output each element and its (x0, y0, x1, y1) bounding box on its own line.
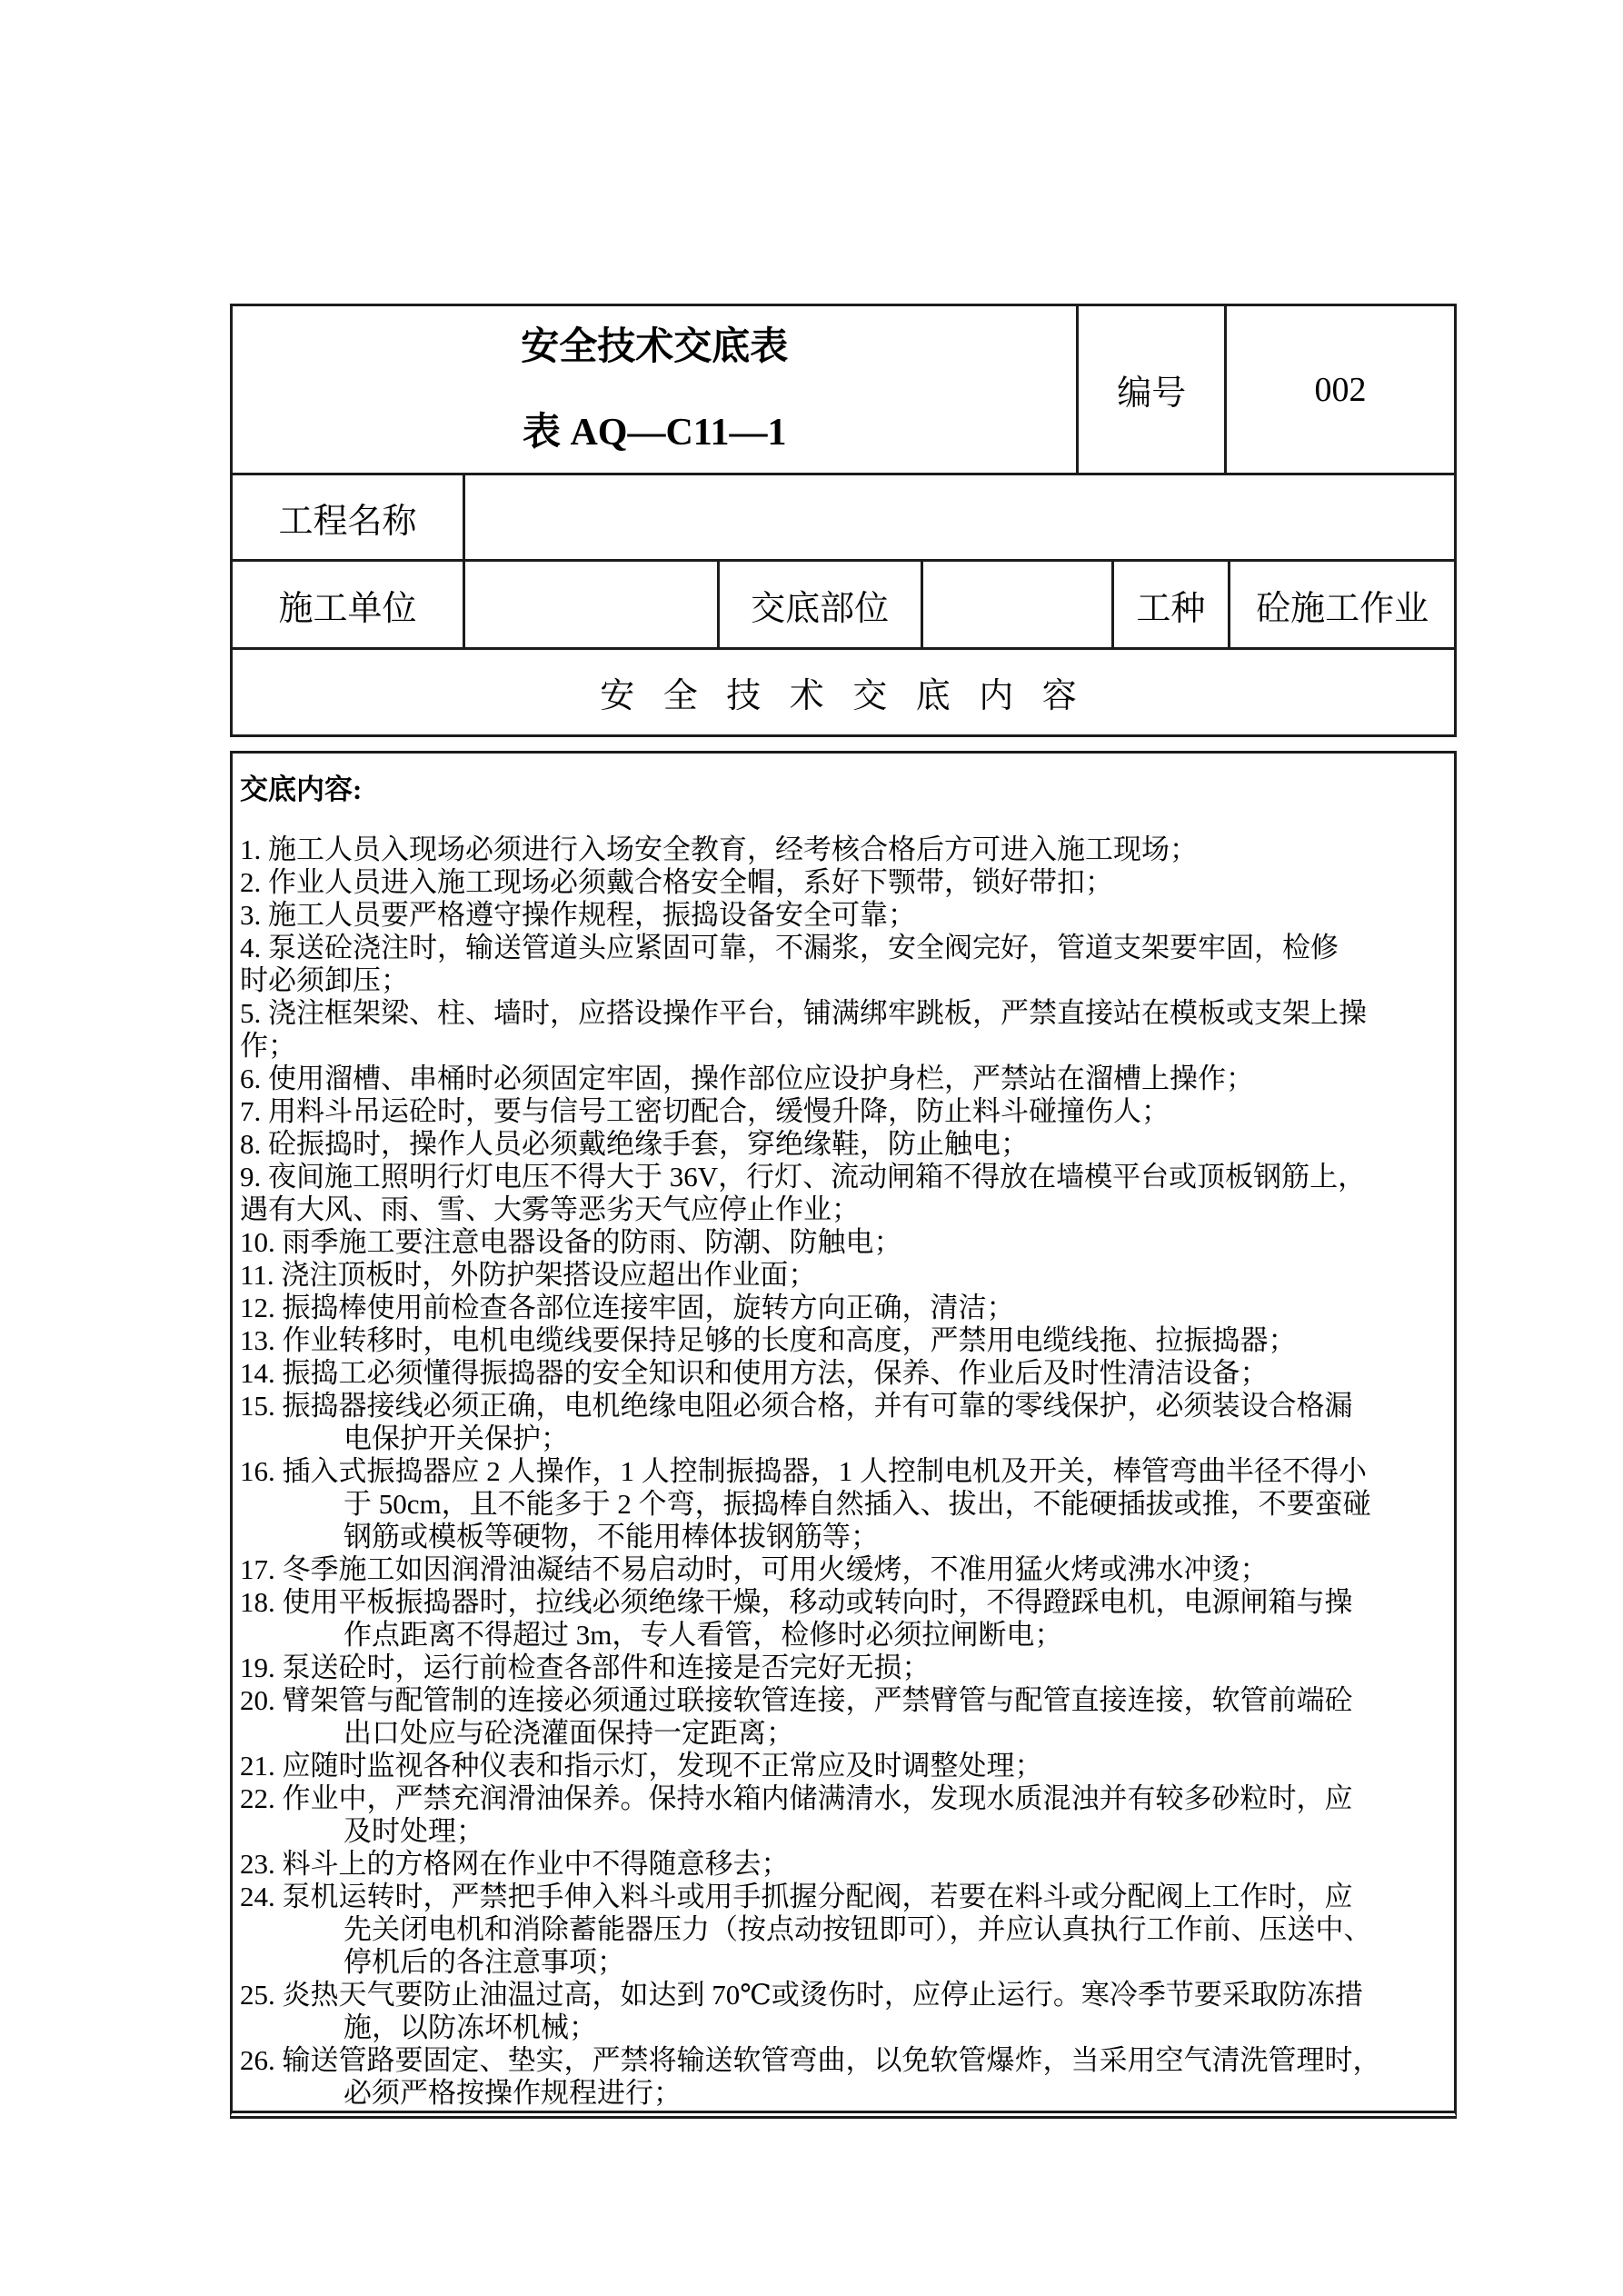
project-name-value (465, 475, 1454, 559)
project-name-row: 工程名称 (233, 475, 1454, 562)
content-line: 施，以防冻坏机械； (240, 2011, 1438, 2044)
content-line: 14. 振捣工必须懂得振捣器的安全知识和使用方法，保养、作业后及时性清洁设备； (240, 1357, 1438, 1390)
content-line: 10. 雨季施工要注意电器设备的防雨、防潮、防触电； (240, 1226, 1438, 1259)
disclosure-content-box: 交底内容: 1. 施工人员入现场必须进行入场安全教育，经考核合格后方可进入施工现… (230, 751, 1457, 2119)
document-page: 安全技术交底表 表 AQ—C11—1 编号 002 工程名称 施工单位 交底部位… (0, 0, 1623, 2296)
content-line: 18. 使用平板振捣器时，拉线必须绝缘干燥，移动或转向时，不得蹬踩电机，电源闸箱… (240, 1586, 1438, 1619)
form-code: 表 AQ—C11—1 (523, 413, 787, 453)
section-title-row: 安 全 技 术 交 底 内 容 (233, 650, 1454, 737)
form-header-table: 安全技术交底表 表 AQ—C11—1 编号 002 工程名称 施工单位 交底部位… (230, 304, 1457, 737)
content-heading: 交底内容: (240, 774, 1438, 806)
content-line: 2. 作业人员进入施工现场必须戴合格安全帽，系好下颚带，锁好带扣； (240, 866, 1438, 899)
form-title: 安全技术交底表 (521, 327, 788, 367)
content-line: 及时处理； (240, 1815, 1438, 1848)
content-line: 7. 用料斗吊运砼时，要与信号工密切配合，缓慢升降，防止料斗碰撞伤人； (240, 1095, 1438, 1128)
content-line: 25. 炎热天气要防止油温过高，如达到 70℃或烫伤时，应停止运行。寒冷季节要采… (240, 1979, 1438, 2011)
content-line: 24. 泵机运转时，严禁把手伸入料斗或用手抓握分配阀，若要在料斗或分配阀上工作时… (240, 1881, 1438, 1913)
content-line: 12. 振捣棒使用前检查各部位连接牢固，旋转方向正确，清洁； (240, 1292, 1438, 1324)
form-title-cell: 安全技术交底表 表 AQ—C11—1 (233, 306, 1079, 473)
content-line: 停机后的各注意事项； (240, 1946, 1438, 1979)
content-line: 11. 浇注顶板时，外防护架搭设应超出作业面； (240, 1259, 1438, 1292)
content-line: 4. 泵送砼浇注时，输送管道头应紧固可靠，不漏浆，安全阀完好，管道支架要牢固，检… (240, 932, 1438, 964)
content-line: 于 50cm，且不能多于 2 个弯，振捣棒自然插入、拔出，不能硬插拔或推，不要蛮… (240, 1488, 1438, 1521)
content-line: 作； (240, 1030, 1438, 1063)
construction-unit-label: 施工单位 (233, 562, 465, 647)
content-line: 钢筋或模板等硬物，不能用棒体拔钢筋等； (240, 1521, 1438, 1553)
content-line: 21. 应随时监视各种仪表和指示灯，发现不正常应及时调整处理； (240, 1750, 1438, 1782)
serial-number-value: 002 (1227, 306, 1454, 473)
section-title: 安 全 技 术 交 底 内 容 (233, 650, 1454, 734)
form-title-row: 安全技术交底表 表 AQ—C11—1 编号 002 (233, 306, 1454, 475)
content-line: 1. 施工人员入现场必须进行入场安全教育，经考核合格后方可进入施工现场； (240, 834, 1438, 866)
content-line: 必须严格按操作规程进行； (240, 2077, 1438, 2110)
content-line: 遇有大风、雨、雪、大雾等恶劣天气应停止作业； (240, 1193, 1438, 1226)
content-line: 6. 使用溜槽、串桶时必须固定牢固，操作部位应设护身栏，严禁站在溜槽上操作； (240, 1063, 1438, 1095)
content-line: 19. 泵送砼时，运行前检查各部件和连接是否完好无损； (240, 1652, 1438, 1684)
content-line: 9. 夜间施工照明行灯电压不得大于 36V，行灯、流动闸箱不得放在墙模平台或顶板… (240, 1161, 1438, 1193)
construction-unit-row: 施工单位 交底部位 工种 砼施工作业 (233, 562, 1454, 650)
content-line: 17. 冬季施工如因润滑油凝结不易启动时，可用火缓烤，不准用猛火烤或沸水冲烫； (240, 1553, 1438, 1586)
content-line: 电保护开关保护； (240, 1423, 1438, 1455)
content-line: 20. 臂架管与配管制的连接必须通过联接软管连接，严禁臂管与配管直接连接，软管前… (240, 1684, 1438, 1717)
serial-number-label: 编号 (1079, 306, 1227, 473)
disclosure-content-list: 1. 施工人员入现场必须进行入场安全教育，经考核合格后方可进入施工现场；2. 作… (240, 834, 1438, 2110)
content-line: 16. 插入式振捣器应 2 人操作，1 人控制振捣器，1 人控制电机及开关，棒管… (240, 1455, 1438, 1488)
content-line: 22. 作业中，严禁充润滑油保养。保持水箱内储满清水，发现水质混浊并有较多砂粒时… (240, 1782, 1438, 1815)
content-line: 作点距离不得超过 3m，专人看管，检修时必须拉闸断电； (240, 1619, 1438, 1652)
content-line: 先关闭电机和消除蓄能器压力（按点动按钮即可），并应认真执行工作前、压送中、 (240, 1913, 1438, 1946)
content-line: 15. 振捣器接线必须正确，电机绝缘电阻必须合格，并有可靠的零线保护，必须装设合… (240, 1390, 1438, 1423)
project-name-label: 工程名称 (233, 475, 465, 559)
content-line: 23. 料斗上的方格网在作业中不得随意移去； (240, 1848, 1438, 1881)
work-type-value: 砼施工作业 (1230, 562, 1454, 647)
content-line: 13. 作业转移时，电机电缆线要保持足够的长度和高度，严禁用电缆线拖、拉振捣器； (240, 1324, 1438, 1357)
content-line: 5. 浇注框架梁、柱、墙时，应搭设操作平台，铺满绑牢跳板，严禁直接站在模板或支架… (240, 997, 1438, 1030)
content-line: 时必须卸压； (240, 964, 1438, 997)
content-line: 3. 施工人员要严格遵守操作规程，振捣设备安全可靠； (240, 899, 1438, 932)
construction-unit-value (465, 562, 720, 647)
content-line: 出口处应与砼浇灌面保持一定距离； (240, 1717, 1438, 1750)
disclosure-part-label: 交底部位 (720, 562, 923, 647)
disclosure-form: 安全技术交底表 表 AQ—C11—1 编号 002 工程名称 施工单位 交底部位… (230, 304, 1457, 2119)
disclosure-part-value (923, 562, 1114, 647)
content-line: 26. 输送管路要固定、垫实，严禁将输送软管弯曲，以免软管爆炸，当采用空气清洗管… (240, 2044, 1438, 2077)
content-line: 8. 砼振捣时，操作人员必须戴绝缘手套，穿绝缘鞋，防止触电； (240, 1128, 1438, 1161)
work-type-label: 工种 (1114, 562, 1230, 647)
